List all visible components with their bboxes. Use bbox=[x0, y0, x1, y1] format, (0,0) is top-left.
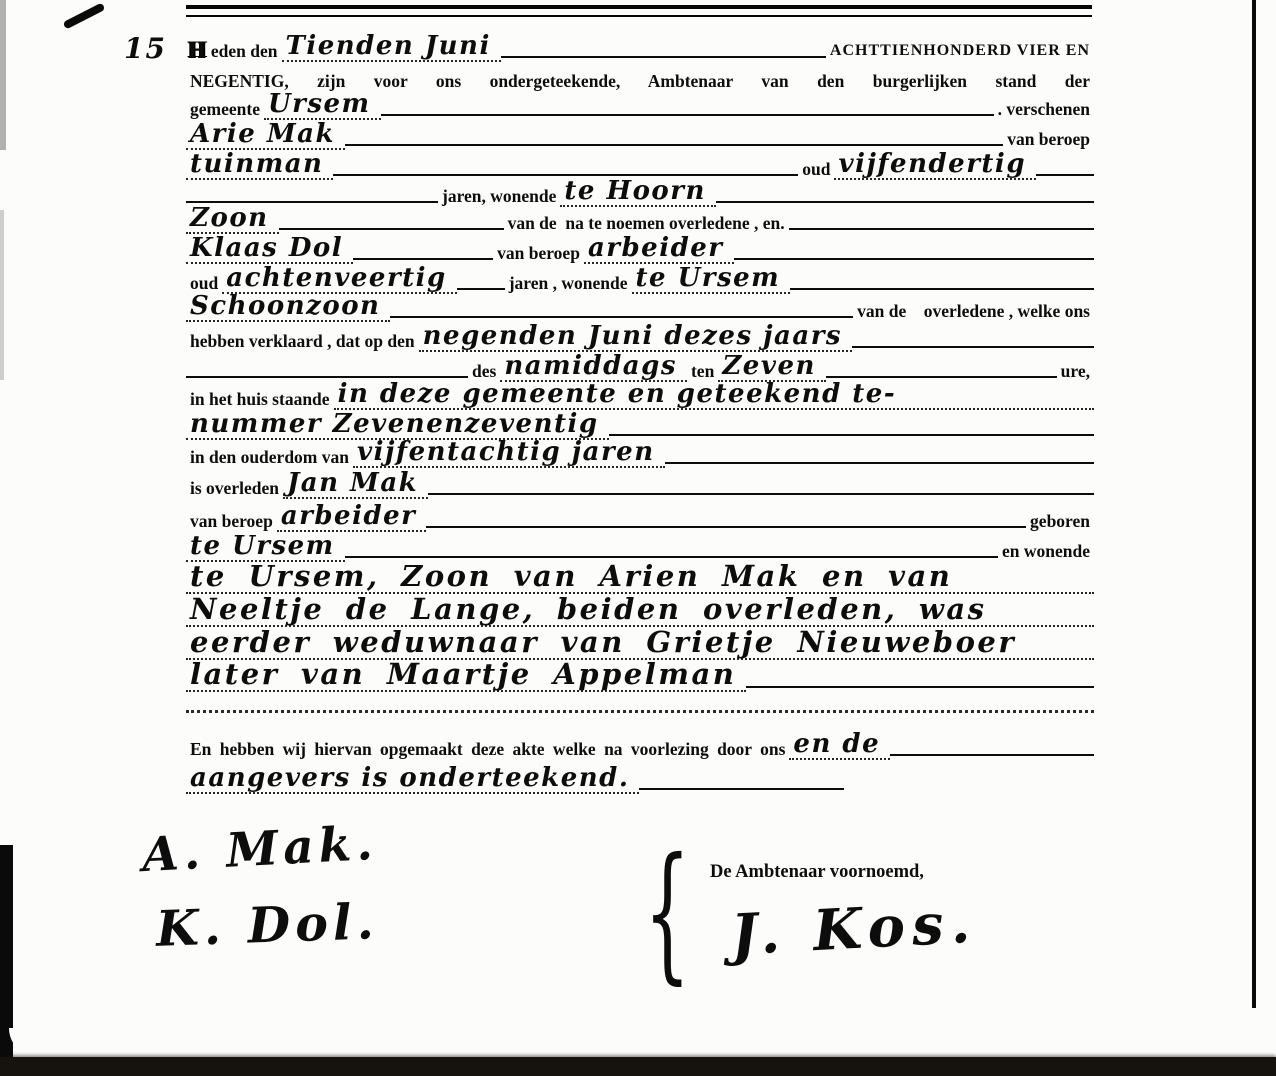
right-margin-rule bbox=[1252, 0, 1256, 1008]
closing-line-2: aangevers is onderteekend. bbox=[186, 760, 1094, 794]
blank-rule bbox=[345, 144, 1003, 146]
printed-label: jaren , wonende bbox=[505, 274, 632, 294]
blank-rule bbox=[426, 526, 1026, 528]
blank-rule bbox=[186, 376, 468, 378]
form-line-house-number: nummer Zevenenzeventig bbox=[186, 410, 1094, 440]
blank-rule bbox=[746, 686, 1094, 688]
blank-rule bbox=[734, 258, 1094, 260]
handwritten-declarant1-name: Arie Mak bbox=[186, 122, 345, 150]
handwritten-house-number: nummer Zevenenzeventig bbox=[186, 412, 609, 440]
handwritten-age: achtenveertig bbox=[222, 266, 457, 294]
form-line-declarant1-residence: jaren, wonende te Hoorn bbox=[186, 180, 1094, 207]
form-line-age-of-deceased: in den ouderdom van vijfentachtig jaren bbox=[186, 440, 1094, 468]
scan-corner-shadow bbox=[0, 845, 13, 1076]
blank-rule bbox=[457, 288, 505, 290]
scan-bottom-edge bbox=[0, 1057, 1276, 1076]
handwritten-residence: te Hoorn bbox=[560, 179, 715, 207]
printed-label: van beroep bbox=[493, 244, 584, 264]
handwritten-deceased-age: vijfentachtig jaren bbox=[353, 440, 665, 468]
printed-label: . verschenen bbox=[994, 100, 1094, 120]
handwritten-age: vijfendertig bbox=[834, 152, 1036, 180]
blank-rule bbox=[852, 346, 1094, 348]
act-number: 15 bbox=[124, 32, 167, 65]
blank-rule bbox=[890, 754, 1094, 756]
handwritten-birthplace: te Ursem bbox=[186, 534, 345, 562]
free-text-line: Neeltje de Lange, beiden overleden, was bbox=[186, 594, 1094, 627]
form-line-birthplace: te Ursem en wonende bbox=[186, 532, 1094, 562]
printed-label: jaren, wonende bbox=[438, 187, 560, 207]
handwritten-daypart: namiddags bbox=[500, 354, 687, 382]
handwritten-occupation: tuinman bbox=[186, 152, 333, 180]
form-line-declarant2-relation: Schoonzoon van de overledene , welke ons bbox=[186, 294, 1094, 322]
handwritten-house-location: in deze gemeente en geteekend te- bbox=[334, 382, 1094, 410]
separator-dotted-line bbox=[186, 692, 1094, 720]
handwritten-date: Tienden Juni bbox=[282, 34, 501, 62]
official-caption: De Ambtenaar voornoemd, bbox=[710, 862, 924, 883]
form-line-date: H eden den Tienden Juni ACHTTIENHONDERD … bbox=[186, 28, 1094, 62]
form-line-deceased-name: is overleden Jan Mak bbox=[186, 468, 1094, 499]
printed-year: ACHTTIENHONDERD VIER EN bbox=[826, 43, 1094, 62]
form-line-house: in het huis staande in deze gemeente en … bbox=[186, 382, 1094, 410]
closing-line-1: En hebben wij hiervan opgemaakt deze akt… bbox=[186, 720, 1094, 760]
blank-rule bbox=[428, 493, 1094, 495]
witness1-signature: A. Mak. bbox=[141, 816, 379, 883]
blank-rule bbox=[826, 376, 1057, 378]
form-line-deceased-occupation: van beroep arbeider geboren bbox=[186, 499, 1094, 532]
handwritten-text: later van Maartje Appelman bbox=[186, 661, 746, 692]
blank-rule bbox=[790, 288, 1094, 290]
handwritten-text: te Ursem, Zoon van Arien Mak en van bbox=[186, 563, 1094, 594]
blank-rule bbox=[665, 462, 1094, 464]
handwritten-occupation: arbeider bbox=[584, 236, 734, 264]
handwritten-relation: Zoon bbox=[186, 206, 279, 234]
handwritten-deceased-name: Jan Mak bbox=[283, 471, 428, 499]
free-text-line: te Ursem, Zoon van Arien Mak en van bbox=[186, 562, 1094, 594]
free-text-line: later van Maartje Appelman bbox=[186, 660, 1094, 692]
blank-rule bbox=[501, 56, 826, 58]
scan-edge-mark bbox=[0, 0, 6, 150]
handwritten-residence: te Ursem bbox=[632, 266, 791, 294]
blank-rule bbox=[639, 788, 844, 790]
printed-label: van de overledene , welke ons bbox=[853, 302, 1094, 322]
printed-label: oud bbox=[798, 160, 834, 180]
form-line-declarant1-relation: Zoon van de na te noemen overledene , en… bbox=[186, 207, 1094, 234]
blank-rule bbox=[353, 258, 493, 260]
handwritten-closing: aangevers is onderteekend. bbox=[186, 766, 639, 794]
printed-label: ure, bbox=[1057, 362, 1094, 382]
printed-label: hebben verklaard , dat op den bbox=[186, 332, 419, 352]
handwritten-deceased-occupation: arbeider bbox=[277, 504, 427, 532]
signature-block: A. Mak. K. Dol. { De Ambtenaar voornoemd… bbox=[186, 810, 1094, 1075]
printed-label: van de na te noemen overledene , en. bbox=[504, 214, 789, 234]
blank-rule bbox=[789, 228, 1094, 230]
blank-rule bbox=[279, 228, 504, 230]
handwritten-text: Neeltje de Lange, beiden overleden, was bbox=[186, 596, 1094, 627]
blank-rule bbox=[381, 114, 994, 116]
death-certificate-scan: 15 H eden den Tienden Juni ACHTTIENHONDE… bbox=[0, 0, 1276, 1076]
handwritten-hour: Zeven bbox=[718, 354, 826, 382]
blank-rule bbox=[716, 201, 1094, 203]
handwritten-municipality: Ursem bbox=[264, 92, 381, 120]
form-line-death-date: hebben verklaard , dat op den negenden J… bbox=[186, 322, 1094, 352]
printed-closing: En hebben wij hiervan opgemaakt deze akt… bbox=[186, 740, 789, 760]
printed-label: in het huis staande bbox=[186, 390, 334, 410]
handwritten-relation: Schoonzoon bbox=[186, 294, 390, 322]
pen-stroke-mark bbox=[63, 2, 106, 29]
form-line-municipality: gemeente Ursem . verschenen bbox=[186, 92, 1094, 120]
blank-rule bbox=[1036, 174, 1094, 176]
handwritten-text: eerder weduwnaar van Grietje Nieuweboer bbox=[186, 629, 1094, 660]
printed-label: is overleden bbox=[186, 479, 283, 499]
printed-label: eden den bbox=[207, 42, 282, 62]
form-line-preamble: NEGENTIG, zijn voor ons ondergeteekende,… bbox=[186, 62, 1094, 92]
form-line-death-time: des namiddags ten Zeven ure, bbox=[186, 352, 1094, 382]
handwritten-declarant2-name: Klaas Dol bbox=[186, 236, 353, 264]
form-line-declarant2-age-residence: oud achtenveertig jaren , wonende te Urs… bbox=[186, 264, 1094, 294]
official-signature: J. Kos. bbox=[729, 890, 978, 969]
handwritten-closing: en de bbox=[789, 732, 890, 760]
blank-rule bbox=[390, 316, 853, 318]
certificate-body: H eden den Tienden Juni ACHTTIENHONDERD … bbox=[186, 28, 1094, 1075]
printed-label: van beroep bbox=[1003, 130, 1094, 150]
page-rounded-corner bbox=[9, 1028, 79, 1057]
witness2-signature: K. Dol. bbox=[155, 892, 379, 958]
brace-glyph: { bbox=[644, 838, 691, 986]
free-text-line: eerder weduwnaar van Grietje Nieuweboer bbox=[186, 627, 1094, 660]
blank-rule bbox=[609, 434, 1094, 436]
dotted-rule bbox=[186, 710, 1094, 713]
printed-label: en wonende bbox=[998, 542, 1094, 562]
printed-label: gemeente bbox=[186, 100, 264, 120]
form-line-declarant1-name: Arie Mak van beroep bbox=[186, 120, 1094, 150]
top-double-rule bbox=[186, 5, 1092, 17]
blank-rule bbox=[345, 556, 998, 558]
printed-label: geboren bbox=[1026, 512, 1094, 532]
scan-edge-mark bbox=[0, 210, 4, 380]
printed-label: in den ouderdom van bbox=[186, 448, 353, 468]
printed-label: van beroep bbox=[186, 512, 277, 532]
form-line-declarant2-name: Klaas Dol van beroep arbeider bbox=[186, 234, 1094, 264]
drop-cap-initial: H bbox=[186, 38, 207, 62]
handwritten-death-date: negenden Juni dezes jaars bbox=[419, 324, 852, 352]
